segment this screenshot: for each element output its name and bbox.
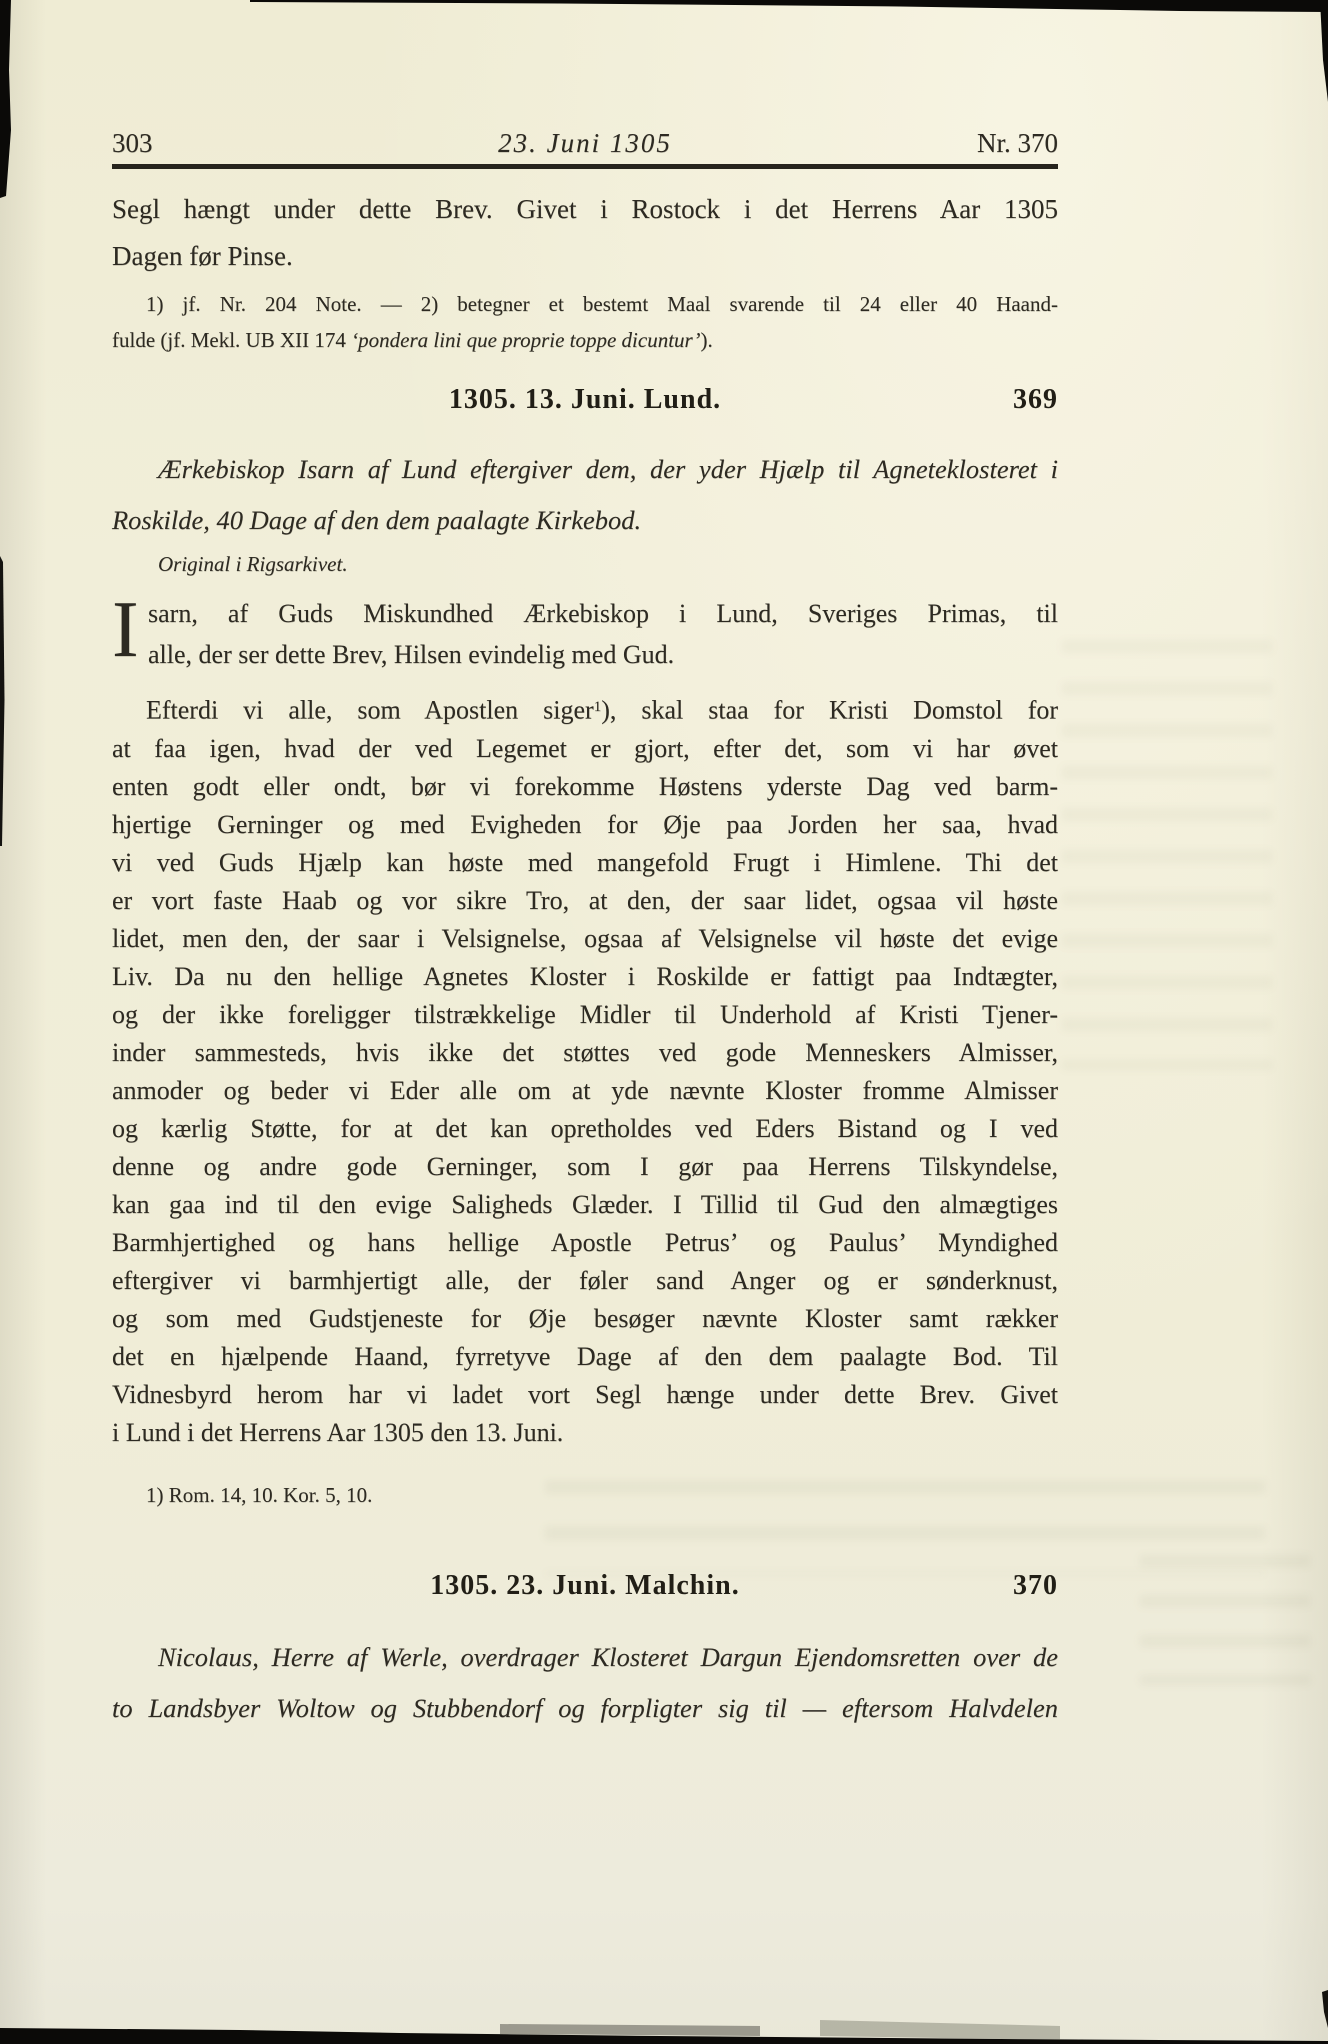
body-line: sarn, af Guds Miskundhed Ærkebiskop i Lu… [148, 593, 1058, 634]
scan-edge-left [0, 0, 11, 198]
body-line: inder sammesteds, hvis ikke det støttes … [112, 1034, 1058, 1072]
body-line: Vidnesbyrd herom har vi ladet vort Segl … [112, 1376, 1058, 1414]
scan-edge-bottom-smudge [500, 2024, 760, 2036]
body-line: og der ikke foreligger tilstrækkelige Mi… [112, 996, 1058, 1034]
body-line: at faa igen, hvad der ved Legemet er gjo… [112, 730, 1058, 768]
summary-line: Roskilde, 40 Dage af den dem paalagte Ki… [112, 495, 1058, 546]
entry-369-body: Efterdi vi alle, som Apostlen siger1), s… [112, 688, 1058, 1452]
footnote-text: ). [701, 328, 713, 352]
body-line: kan gaa ind til den evige Saligheds Glæd… [112, 1186, 1058, 1224]
page-showthrough-artifact [1140, 1555, 1310, 1685]
previous-entry-closing: Segl hængt under dette Brev. Givet i Ros… [112, 186, 1058, 280]
summary-line: to Landsbyer Woltow og Stubbendorf og fo… [112, 1683, 1058, 1734]
body-line: lidet, men den, der saar i Velsignelse, … [112, 920, 1058, 958]
entry-369-heading: 1305. 13. Juni. Lund. [449, 384, 721, 415]
body-line: alle, der ser dette Brev, Hilsen evindel… [148, 634, 1058, 675]
scan-edge-bottom [0, 2028, 1328, 2044]
entry-370-summary: Nicolaus, Herre af Werle, overdrager Klo… [112, 1632, 1058, 1734]
body-line: det en hjælpende Haand, fyrretyve Dage a… [112, 1338, 1058, 1376]
entry-369-body-intro: I sarn, af Guds Miskundhed Ærkebiskop i … [112, 593, 1058, 675]
body-line: i Lund i det Herrens Aar 1305 den 13. Ju… [112, 1414, 1058, 1452]
body-line: denne og andre gode Gerninger, som I gør… [112, 1148, 1058, 1186]
body-line: og kærlig Støtte, for at det kan opretho… [112, 1110, 1058, 1148]
scan-edge-bottom-smudge [820, 2020, 1060, 2040]
footnote-text: fulde (jf. Mekl. UB XII 174 [112, 328, 351, 352]
scanned-book-page: 303 23. Juni 1305 Nr. 370 Segl hængt und… [0, 0, 1328, 2044]
summary-line: Nicolaus, Herre af Werle, overdrager Klo… [112, 1632, 1058, 1683]
drop-cap: I [112, 593, 138, 675]
body-line: Barmhjertighed og hans hellige Apostle P… [112, 1224, 1058, 1262]
footnote-line: fulde (jf. Mekl. UB XII 174 ‘pondera lin… [112, 322, 1058, 358]
entry-370-heading-row: 1305. 23. Juni. Malchin. 370 [112, 1570, 1058, 1602]
body-line: eftergiver vi barmhjertigt alle, der føl… [112, 1262, 1058, 1300]
text-line: Dagen før Pinse. [112, 233, 1058, 280]
intro-lines: sarn, af Guds Miskundhed Ærkebiskop i Lu… [148, 593, 1058, 675]
scan-edge-left-sliver [0, 556, 5, 846]
body-text: Efterdi vi alle, som Apostlen siger [146, 696, 594, 725]
body-line: Liv. Da nu den hellige Agnetes Kloster i… [112, 958, 1058, 996]
footnote-line: 1) jf. Nr. 204 Note. — 2) betegner et be… [112, 286, 1058, 322]
body-line: hjertige Gerninger og med Evigheden for … [112, 806, 1058, 844]
header-rule [112, 164, 1058, 169]
summary-line: Ærkebiskop Isarn af Lund eftergiver dem,… [112, 444, 1058, 495]
footnote: 1) Rom. 14, 10. Kor. 5, 10. [112, 1477, 1058, 1513]
entry-369-heading-row: 1305. 13. Juni. Lund. 369 [112, 384, 1058, 416]
entry-370-number: 370 [1013, 1570, 1058, 1602]
entry-369-source: Original i Rigsarkivet. [112, 549, 1058, 579]
scan-edge-right-notch [1322, 1990, 1328, 2028]
running-head-date: 23. Juni 1305 [112, 128, 1058, 159]
entry-369-summary: Ærkebiskop Isarn af Lund eftergiver dem,… [112, 444, 1058, 546]
scan-edge-right [1320, 0, 1328, 102]
body-line: er vort faste Haab og vor sikre Tro, at … [112, 882, 1058, 920]
body-line: enten godt eller ondt, bør vi forekomme … [112, 768, 1058, 806]
page-showthrough-artifact [1062, 640, 1272, 1070]
text-line: Segl hængt under dette Brev. Givet i Ros… [112, 186, 1058, 233]
body-text: ), skal staa for Kristi Domstol for [601, 696, 1058, 725]
body-line: vi ved Guds Hjælp kan høste med mangefol… [112, 844, 1058, 882]
document-ref: Nr. 370 [977, 128, 1058, 159]
entry-370-heading: 1305. 23. Juni. Malchin. [430, 1570, 739, 1601]
footnote-latin-citation: ‘pondera lini que proprie toppe dicuntur… [351, 328, 700, 352]
body-line: Efterdi vi alle, som Apostlen siger1), s… [112, 688, 1058, 730]
footnote: 1) jf. Nr. 204 Note. — 2) betegner et be… [112, 286, 1058, 358]
scan-edge-top [250, 0, 1328, 12]
body-line: og som med Gudstjeneste for Øje besøger … [112, 1300, 1058, 1338]
body-line: anmoder og beder vi Eder alle om at yde … [112, 1072, 1058, 1110]
entry-369-number: 369 [1013, 384, 1058, 416]
